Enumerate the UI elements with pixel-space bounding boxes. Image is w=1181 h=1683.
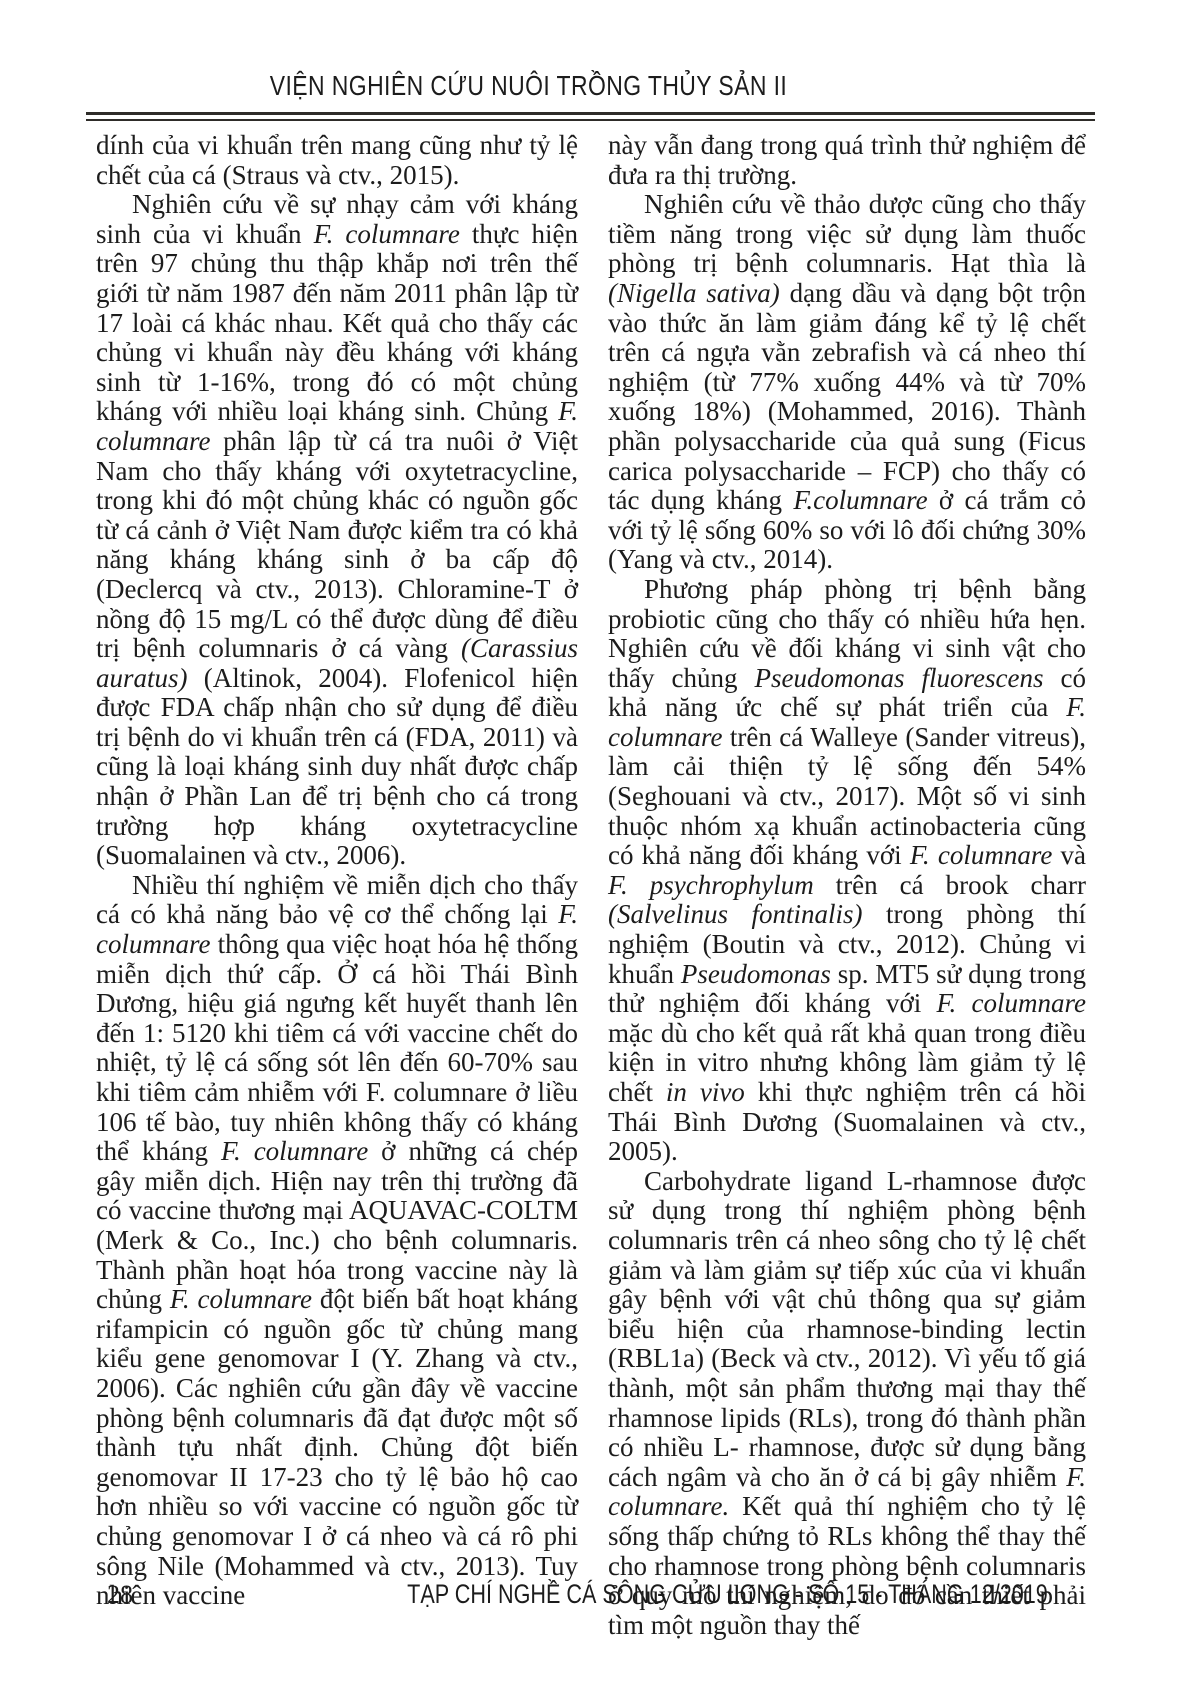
text-run: Nhiều thí nghiệm về miễn dịch cho thấy c… [96,870,578,930]
italic-text-run: F. columnare [937,988,1086,1018]
text-run: Nghiên cứu về thảo dược cũng cho thấy ti… [608,189,1086,278]
italic-text-run: F. columnare [170,1284,312,1314]
italic-text-run: F. columnare [221,1136,368,1166]
paragraph: Phương pháp phòng trị bệnh bằng probioti… [608,575,1086,1167]
footer-page-number: 28 [107,1580,133,1610]
text-run: dính của vi khuẩn trên mang cũng như tỷ … [96,130,578,190]
column-left: dính của vi khuẩn trên mang cũng như tỷ … [96,131,578,1640]
text-run: trên cá brook charr [814,870,1086,900]
header-double-rule [86,112,1095,121]
text-run: Carbohydrate ligand L-rhamnose được sử d… [608,1166,1086,1492]
italic-text-run: in vivo [666,1077,745,1107]
italic-text-run: (Nigella sativa) [608,278,780,308]
italic-text-run: F. psychrophylum [608,870,814,900]
column-right: này vẫn đang trong quá trình thử nghiệm … [608,131,1086,1640]
italic-text-run: Pseudomonas fluorescens [755,663,1044,693]
italic-text-run: F.columnare [793,485,927,515]
text-run: thông qua việc hoạt hóa hệ thống miễn dị… [96,929,578,1166]
text-run: (Altinok, 2004). Flofenicol hiện được FD… [96,663,578,871]
paragraph: dính của vi khuẩn trên mang cũng như tỷ … [96,131,578,190]
italic-text-run: F. columnare [314,219,460,249]
paragraph: này vẫn đang trong quá trình thử nghiệm … [608,131,1086,190]
paragraph: Nghiên cứu về thảo dược cũng cho thấy ti… [608,190,1086,575]
text-run: thực hiện trên 97 chủng thu thập khắp nơ… [96,219,578,427]
text-run: và [1052,840,1086,870]
page-footer: TẠP CHÍ NGHỀ CÁ SÔNG CỬU LONG - SỐ 15 - … [247,1579,1048,1610]
paragraph: Nghiên cứu về sự nhạy cảm với kháng sinh… [96,190,578,871]
journal-header-title: VIỆN NGHIÊN CỨU NUÔI TRỒNG THỦY SẢN II [269,70,786,102]
text-run: đột biến bất hoạt kháng rifampicin có ng… [96,1284,578,1610]
italic-text-run: (Salvelinus fontinalis) [608,899,862,929]
text-run: này vẫn đang trong quá trình thử nghiệm … [608,130,1086,190]
text-run: dạng dầu và dạng bột trộn vào thức ăn là… [608,278,1086,515]
paragraph: Carbohydrate ligand L-rhamnose được sử d… [608,1167,1086,1641]
footer-journal-title: TẠP CHÍ NGHỀ CÁ SÔNG CỬU LONG - SỐ 15 - … [407,1579,1048,1610]
page-header: VIỆN NGHIÊN CỨU NUÔI TRỒNG THỦY SẢN II [0,70,1056,102]
text-run: phân lập từ cá tra nuôi ở Việt Nam cho t… [96,426,578,663]
italic-text-run: Pseudomonas [681,959,831,989]
body-columns: dính của vi khuẩn trên mang cũng như tỷ … [96,131,1086,1640]
italic-text-run: F. columnare [910,840,1052,870]
paragraph: Nhiều thí nghiệm về miễn dịch cho thấy c… [96,871,578,1611]
